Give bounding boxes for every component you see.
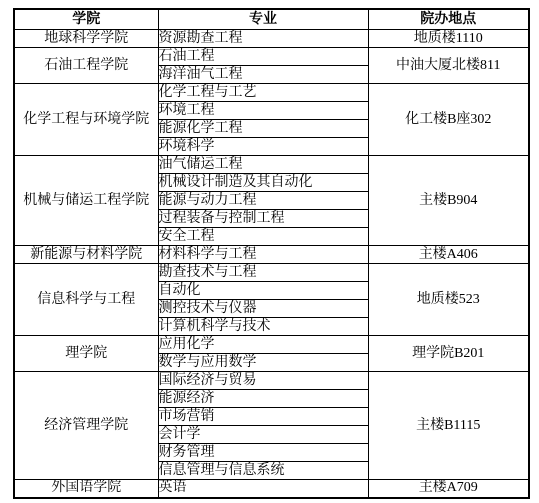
major-cell: 能源与动力工程 xyxy=(158,192,368,210)
college-majors-table: 学院 专业 院办地点 地球科学学院资源勘查工程地质楼1110石油工程学院石油工程… xyxy=(13,8,530,499)
header-row: 学院 专业 院办地点 xyxy=(14,9,529,30)
major-cell: 英语 xyxy=(158,480,368,498)
location-cell: 地质楼1110 xyxy=(368,30,529,48)
major-cell: 环境工程 xyxy=(158,102,368,120)
table-row: 经济管理学院国际经济与贸易主楼B1115 xyxy=(14,372,529,390)
college-cell: 石油工程学院 xyxy=(14,48,158,84)
location-cell: 主楼A709 xyxy=(368,480,529,498)
location-cell: 地质楼523 xyxy=(368,264,529,336)
major-cell: 信息管理与信息系统 xyxy=(158,462,368,480)
college-cell: 地球科学学院 xyxy=(14,30,158,48)
major-cell: 应用化学 xyxy=(158,336,368,354)
major-cell: 市场营销 xyxy=(158,408,368,426)
table-row: 信息科学与工程勘查技术与工程地质楼523 xyxy=(14,264,529,282)
major-cell: 资源勘查工程 xyxy=(158,30,368,48)
college-cell: 外国语学院 xyxy=(14,480,158,498)
table-row: 机械与储运工程学院油气储运工程主楼B904 xyxy=(14,156,529,174)
location-cell: 主楼A406 xyxy=(368,246,529,264)
major-cell: 材料科学与工程 xyxy=(158,246,368,264)
major-cell: 化学工程与工艺 xyxy=(158,84,368,102)
header-major: 专业 xyxy=(158,9,368,30)
header-location: 院办地点 xyxy=(368,9,529,30)
major-cell: 过程装备与控制工程 xyxy=(158,210,368,228)
location-cell: 主楼B1115 xyxy=(368,372,529,480)
table-header: 学院 专业 院办地点 xyxy=(14,9,529,30)
major-cell: 自动化 xyxy=(158,282,368,300)
college-cell: 化学工程与环境学院 xyxy=(14,84,158,156)
table-row: 石油工程学院石油工程中油大厦北楼811 xyxy=(14,48,529,66)
major-cell: 财务管理 xyxy=(158,444,368,462)
major-cell: 国际经济与贸易 xyxy=(158,372,368,390)
table-row: 化学工程与环境学院化学工程与工艺化工楼B座302 xyxy=(14,84,529,102)
table-row: 新能源与材料学院材料科学与工程主楼A406 xyxy=(14,246,529,264)
location-cell: 化工楼B座302 xyxy=(368,84,529,156)
major-cell: 石油工程 xyxy=(158,48,368,66)
college-majors-table-container: 学院 专业 院办地点 地球科学学院资源勘查工程地质楼1110石油工程学院石油工程… xyxy=(13,8,530,499)
table-body: 地球科学学院资源勘查工程地质楼1110石油工程学院石油工程中油大厦北楼811海洋… xyxy=(14,30,529,498)
major-cell: 环境科学 xyxy=(158,138,368,156)
major-cell: 勘查技术与工程 xyxy=(158,264,368,282)
college-cell: 理学院 xyxy=(14,336,158,372)
location-cell: 主楼B904 xyxy=(368,156,529,246)
table-row: 外国语学院英语主楼A709 xyxy=(14,480,529,498)
major-cell: 能源化学工程 xyxy=(158,120,368,138)
college-cell: 信息科学与工程 xyxy=(14,264,158,336)
major-cell: 油气储运工程 xyxy=(158,156,368,174)
major-cell: 数学与应用数学 xyxy=(158,354,368,372)
college-cell: 经济管理学院 xyxy=(14,372,158,480)
major-cell: 机械设计制造及其自动化 xyxy=(158,174,368,192)
college-cell: 新能源与材料学院 xyxy=(14,246,158,264)
location-cell: 中油大厦北楼811 xyxy=(368,48,529,84)
major-cell: 会计学 xyxy=(158,426,368,444)
table-row: 地球科学学院资源勘查工程地质楼1110 xyxy=(14,30,529,48)
major-cell: 海洋油气工程 xyxy=(158,66,368,84)
major-cell: 能源经济 xyxy=(158,390,368,408)
major-cell: 安全工程 xyxy=(158,228,368,246)
major-cell: 测控技术与仪器 xyxy=(158,300,368,318)
major-cell: 计算机科学与技术 xyxy=(158,318,368,336)
location-cell: 理学院B201 xyxy=(368,336,529,372)
college-cell: 机械与储运工程学院 xyxy=(14,156,158,246)
header-college: 学院 xyxy=(14,9,158,30)
table-row: 理学院应用化学理学院B201 xyxy=(14,336,529,354)
